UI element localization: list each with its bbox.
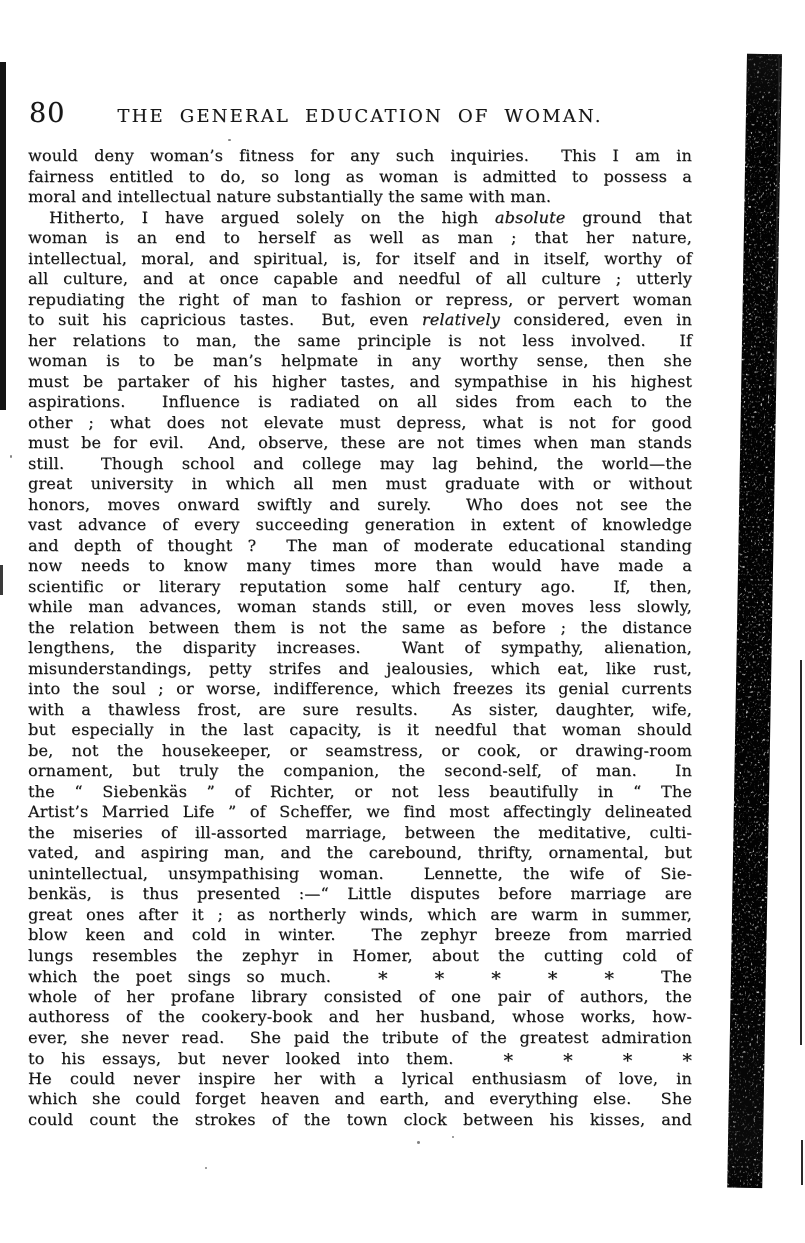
text-line: must be for evil. And, observe, these ar…: [28, 433, 692, 454]
text-line: fairness entitled to do, so long as woma…: [28, 167, 692, 188]
text-line: with a thawless frost, are sure results.…: [28, 700, 692, 721]
text-line: her relations to man, the same principle…: [28, 331, 692, 352]
text-line: to suit his capricious tastes. But, even…: [28, 310, 692, 331]
text-line: be, not the housekeeper, or seamstress, …: [28, 741, 692, 762]
text-line: Artist’s Married Life ” of Scheffer, we …: [28, 802, 692, 823]
text-line: vast advance of every succeeding generat…: [28, 515, 692, 536]
text-line: must be partaker of his higher tastes, a…: [28, 372, 692, 393]
text-line: now needs to know many times more than w…: [28, 556, 692, 577]
scan-right-edge-line-upper: [800, 660, 802, 1045]
scan-binding-gutter: [727, 54, 782, 1188]
text-line: blow keen and cold in winter. The zephyr…: [28, 925, 692, 946]
scan-left-edge-mark: [0, 565, 3, 595]
ink-speck: [417, 1141, 420, 1144]
text-line: lungs resembles the zephyr in Homer, abo…: [28, 946, 692, 967]
text-line: ever, she never read. She paid the tribu…: [28, 1028, 692, 1049]
text-line: great university in which all men must g…: [28, 474, 692, 495]
text-line: misunderstandings, petty strifes and jea…: [28, 659, 692, 680]
text-line: lengthens, the disparity increases. Want…: [28, 638, 692, 659]
text-line: still. Though school and college may lag…: [28, 454, 692, 475]
text-line: would deny woman’s fitness for any such …: [28, 146, 692, 167]
text-line: into the soul ; or worse, indifference, …: [28, 679, 692, 700]
text-line: moral and intellectual nature substantia…: [28, 187, 692, 208]
text-line: honors, moves onward swiftly and surely.…: [28, 495, 692, 516]
text-line: benkäs, is thus presented :—“ Little dis…: [28, 884, 692, 905]
text-line: great ones after it ; as northerly winds…: [28, 905, 692, 926]
scan-right-edge-line-lower: [801, 1140, 803, 1185]
running-title: THE GENERAL EDUCATION OF WOMAN.: [28, 105, 692, 129]
text-line: could count the strokes of the town cloc…: [28, 1110, 692, 1131]
text-line: scientific or literary reputation some h…: [28, 577, 692, 598]
text-line: He could never inspire her with a lyrica…: [28, 1069, 692, 1090]
scanned-book-page: 80 THE GENERAL EDUCATION OF WOMAN. would…: [0, 0, 805, 1243]
text-line: authoress of the cookery-book and her hu…: [28, 1007, 692, 1028]
ink-speck: [452, 1136, 454, 1138]
text-line: whole of her profane library consisted o…: [28, 987, 692, 1008]
text-line: all culture, and at once capable and nee…: [28, 269, 692, 290]
text-line: and depth of thought ? The man of modera…: [28, 536, 692, 557]
text-line: Hitherto, I have argued solely on the hi…: [28, 208, 692, 229]
text-line: aspirations. Influence is radiated on al…: [28, 392, 692, 413]
text-line: the “ Siebenkäs ” of Richter, or not les…: [28, 782, 692, 803]
text-line: which the poet sings so much. * * * * * …: [28, 966, 692, 987]
text-line: intellectual, moral, and spiritual, is, …: [28, 249, 692, 270]
text-line: unintellectual, unsympathising woman. Le…: [28, 864, 692, 885]
text-line: while man advances, woman stands still, …: [28, 597, 692, 618]
text-line: other ; what does not elevate must depre…: [28, 413, 692, 434]
text-line: woman is an end to herself as well as ma…: [28, 228, 692, 249]
ink-speck: [205, 1167, 207, 1169]
text-line: but especially in the last capacity, is …: [28, 720, 692, 741]
text-line: repudiating the right of man to fashion …: [28, 290, 692, 311]
text-line: the relation between them is not the sam…: [28, 618, 692, 639]
text-line: vated, and aspiring man, and the carebou…: [28, 843, 692, 864]
text-line: woman is to be man’s helpmate in any wor…: [28, 351, 692, 372]
ink-speck: [10, 455, 12, 458]
text-line: the miseries of ill-assorted marriage, b…: [28, 823, 692, 844]
text-line: ornament, but truly the companion, the s…: [28, 761, 692, 782]
text-line: which she could forget heaven and earth,…: [28, 1089, 692, 1110]
ink-speck: [228, 139, 231, 141]
scan-left-edge-bar: [0, 62, 6, 410]
page-text: would deny woman’s fitness for any such …: [28, 146, 692, 1130]
text-line: to his essays, but never looked into the…: [28, 1048, 692, 1069]
